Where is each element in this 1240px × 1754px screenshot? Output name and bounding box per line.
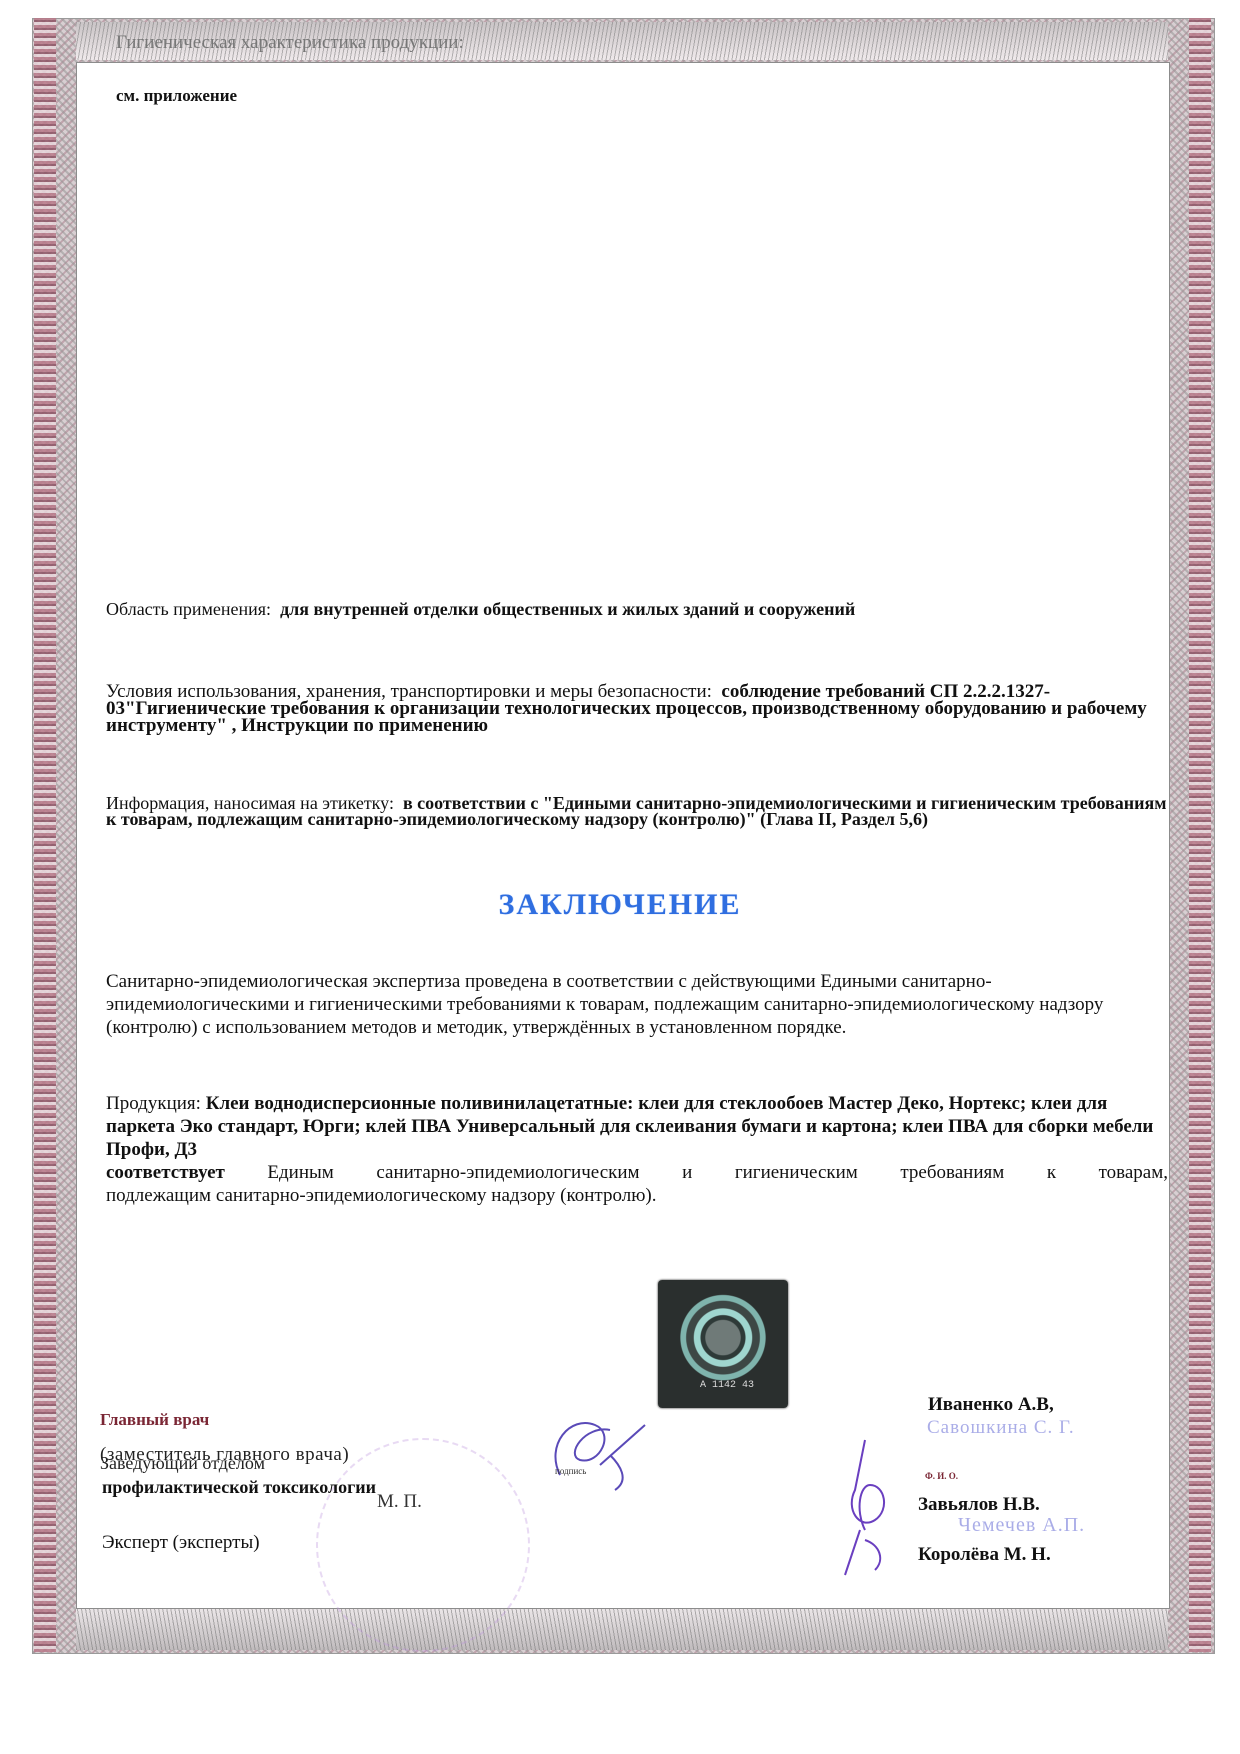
product-value: Клеи воднодисперсионные поливинилацетатн… [106, 1093, 1153, 1160]
complies-line-1: соответствует Единым санитарно-эпидемиол… [106, 1161, 1168, 1184]
expert-title: Эксперт (эксперты) [102, 1533, 260, 1552]
hygiene-characteristic-label: Гигиеническая характеристика продукции: [116, 33, 464, 52]
signature-chief [540, 1405, 670, 1495]
product-statement: Продукция: Клеи воднодисперсионные полив… [106, 1092, 1168, 1207]
fio-caption: Ф. И. О. [925, 1467, 958, 1486]
border-ornament-right [1189, 18, 1211, 1652]
signature-expert [840, 1430, 920, 1580]
department-name: профилактической токсикологии [102, 1478, 376, 1497]
conclusion-body: Санитарно-эпидемиологическая экспертиза … [106, 970, 1126, 1039]
complies-word: соответствует [106, 1162, 225, 1183]
product-label: Продукция: [106, 1093, 201, 1114]
complies-line-2: подлежащим санитарно-эпидемиологическому… [106, 1185, 656, 1206]
name-stamp-1: Савошкина С. Г. [927, 1418, 1075, 1437]
conclusion-title: ЗАКЛЮЧЕНИЕ [0, 888, 1240, 922]
signatory-name-2: Завьялов Н.В. [918, 1495, 1040, 1514]
scope-field: Область применения: для внутренней отдел… [106, 600, 1166, 619]
head-of-department-title: Заведующий отделом [100, 1454, 265, 1473]
hologram-serial: A 1142 43 [700, 1380, 754, 1391]
border-ornament-left [34, 18, 56, 1652]
chief-doctor-title: Главный врач [100, 1410, 209, 1429]
signatory-name-1: Иваненко А.В, [928, 1395, 1054, 1414]
certificate-page [76, 62, 1170, 1609]
scope-label: Область применения: [106, 599, 271, 619]
signatory-name-3: Королёва М. Н. [918, 1545, 1051, 1564]
seal-place-mark: М. П. [377, 1492, 422, 1511]
hygiene-characteristic-value: см. приложение [116, 86, 237, 105]
round-seal-stamp [316, 1438, 530, 1652]
label-info-field: Информация, наносимая на этикетку: в соо… [106, 795, 1176, 827]
conditions-field: Условия использования, хранения, транспо… [106, 683, 1166, 734]
signature-caption: подпись [555, 1462, 586, 1481]
scope-value: для внутренней отделки общественных и жи… [280, 599, 855, 619]
border-ornament-bottom [76, 1608, 1168, 1650]
name-stamp-2: Чемечев А.П. [958, 1516, 1085, 1535]
